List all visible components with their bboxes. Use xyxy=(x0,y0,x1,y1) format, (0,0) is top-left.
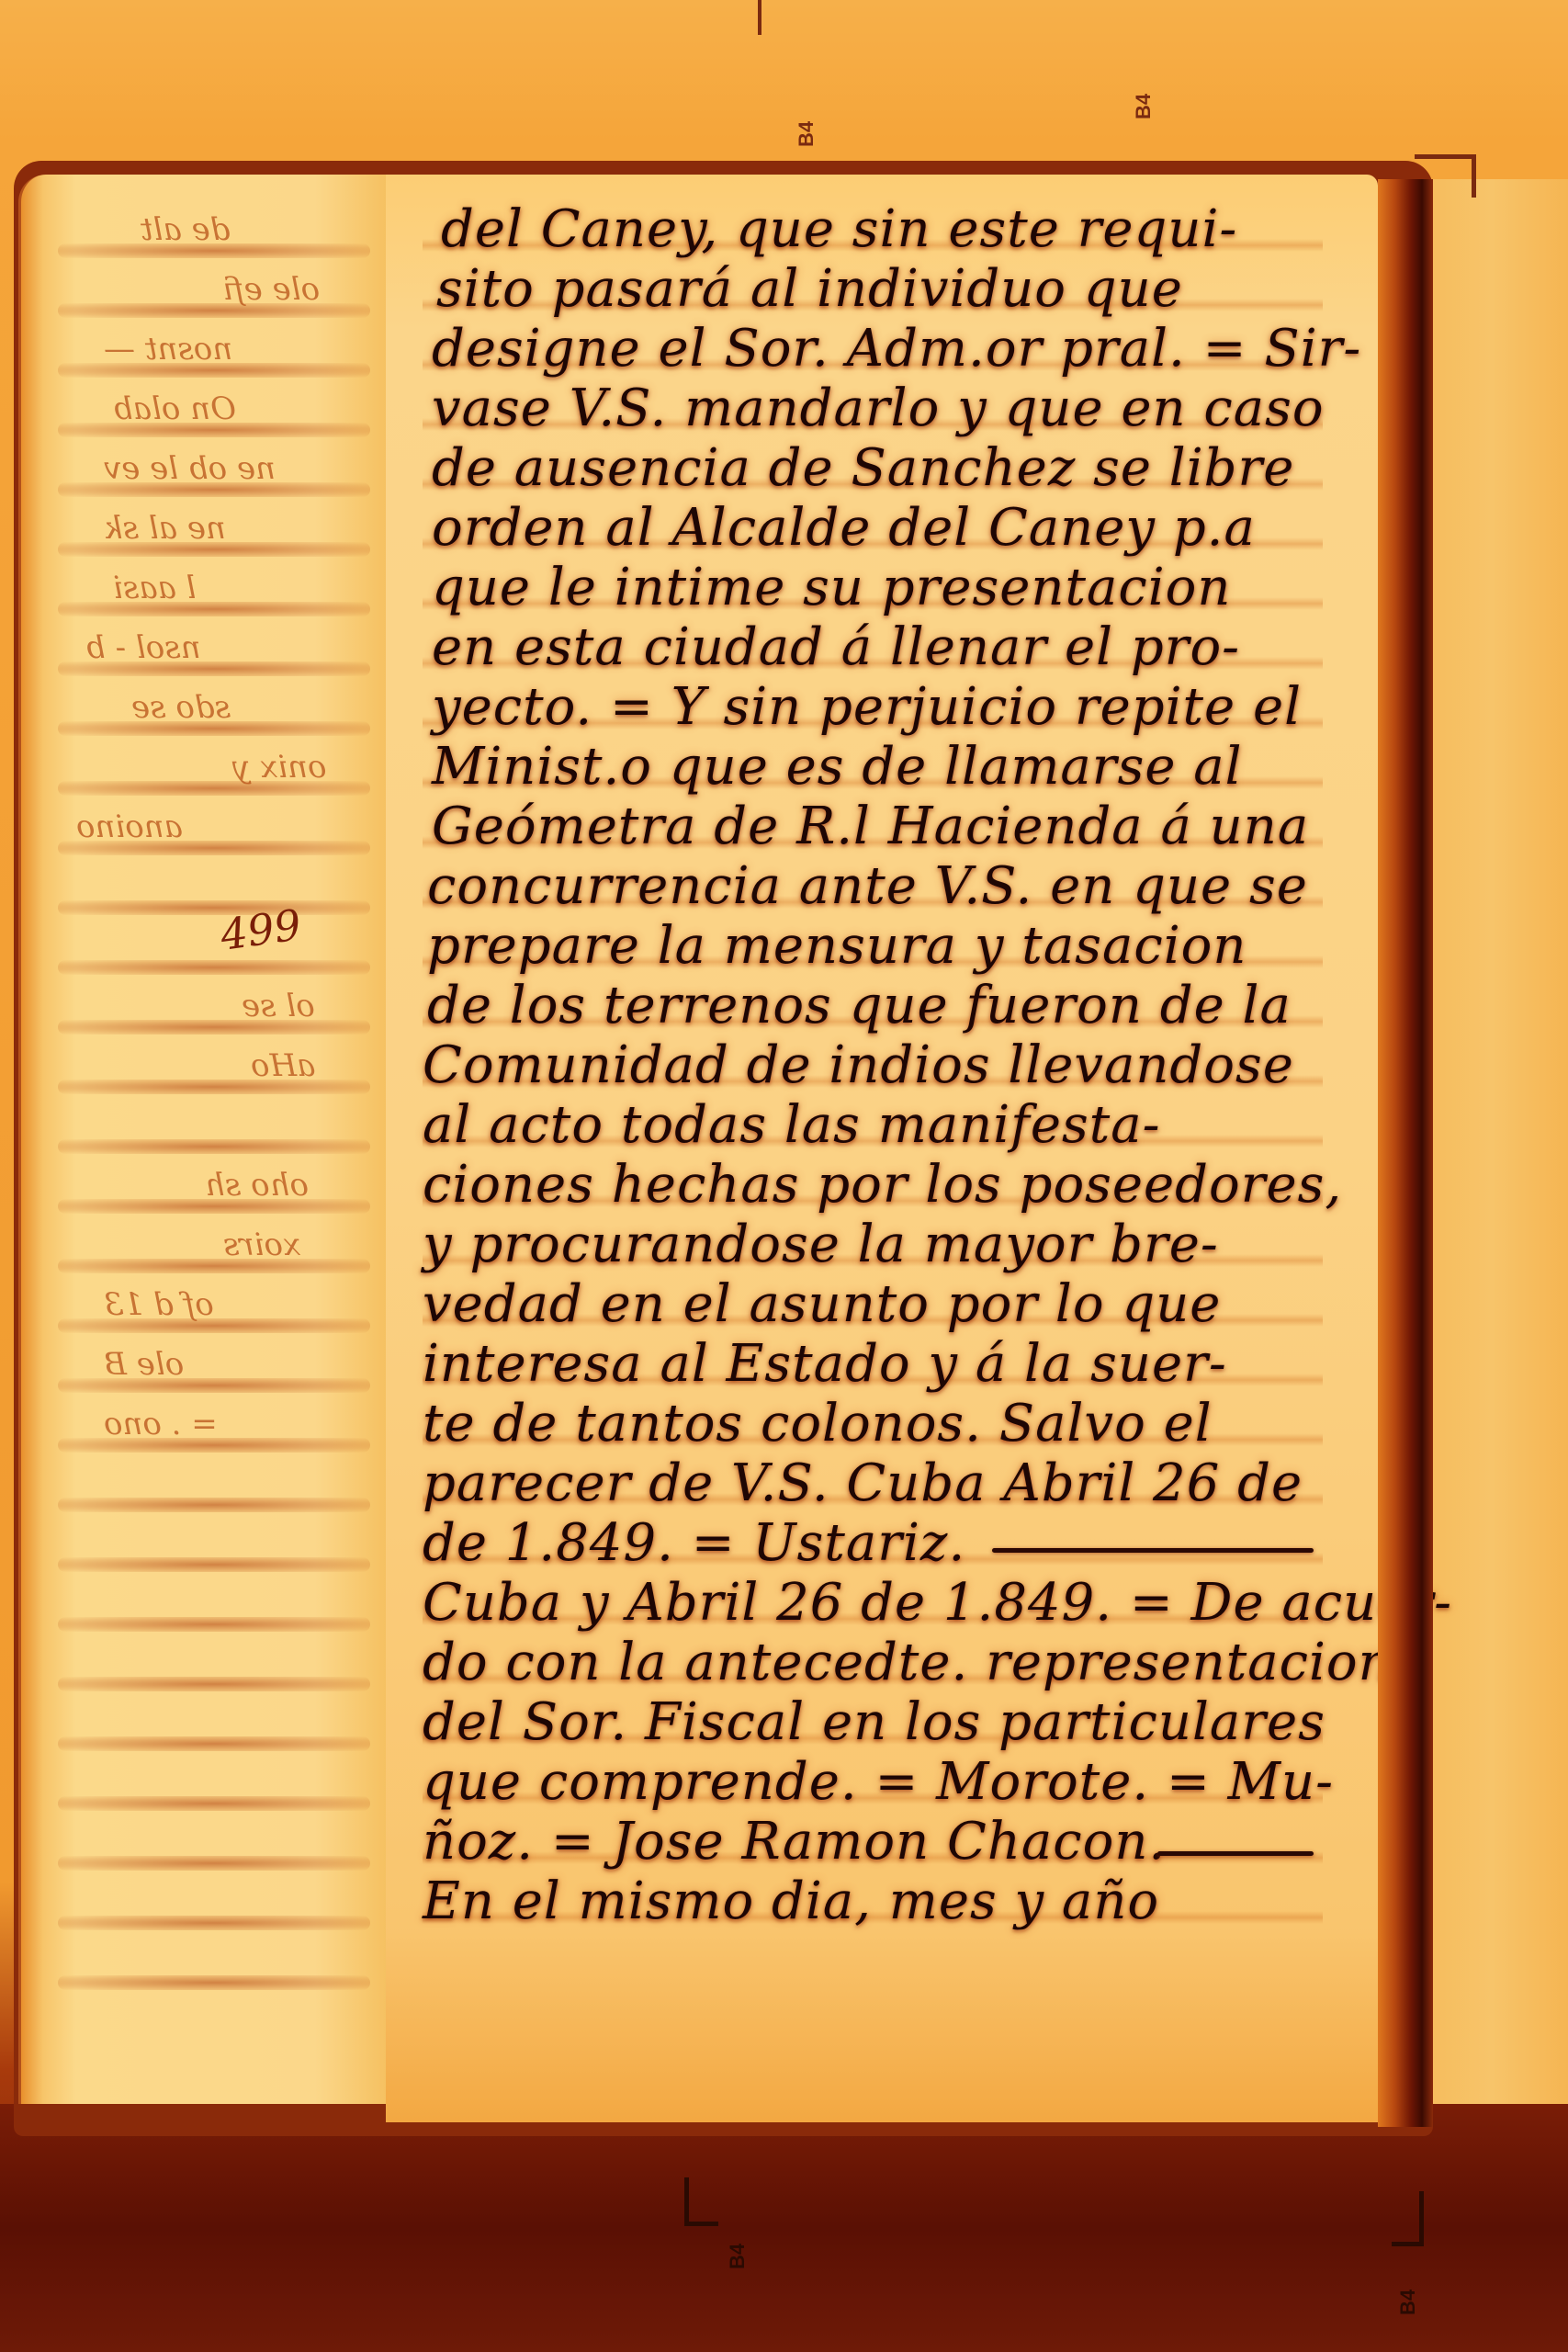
manuscript-line: te de tantos colonos. Salvo el xyxy=(423,1396,1213,1452)
manuscript-line: al acto todas las manifesta- xyxy=(423,1098,1161,1153)
bleed-text: xoirs xyxy=(223,1227,300,1263)
bleed-text: On olab xyxy=(113,390,236,427)
crop-mark-bottom-right-corner xyxy=(1392,2191,1424,2246)
bleed-text: l aasi xyxy=(113,570,197,606)
manuscript-line: interesa al Estado y á la suer- xyxy=(423,1337,1227,1392)
dark-table-surface xyxy=(0,2104,1568,2352)
facing-page: de alt ole efi nosnt — On olab ne ob le … xyxy=(18,175,389,2104)
bleed-text: onix y xyxy=(232,749,326,786)
manuscript-page: del Caney, que sin este requi- sito pasa… xyxy=(386,175,1378,2122)
crop-label-top-left: B4 xyxy=(795,121,818,147)
manuscript-line: Minist.o que es de llamarse al xyxy=(432,740,1243,795)
manuscript-line: orden al Alcalde del Caney p.a xyxy=(432,501,1256,556)
bleed-text: of d 13 xyxy=(104,1286,214,1323)
bleed-text: nsol - b xyxy=(85,629,201,666)
bleed-text: nosnt — xyxy=(104,331,232,367)
manuscript-line: vedad en el asunto por lo que xyxy=(423,1277,1221,1332)
manuscript-line: designe el Sor. Adm.or pral. = Sir- xyxy=(432,322,1361,377)
bleed-text: sdo se xyxy=(131,689,231,726)
manuscript-line: En el mismo dia, mes y año xyxy=(423,1874,1159,1929)
crop-label-bottom-right: B4 xyxy=(1396,2290,1420,2315)
manuscript-line: Cuba y Abril 26 de 1.849. = De acuer- xyxy=(423,1576,1452,1631)
bleed-text: ne ob le ev xyxy=(104,450,276,487)
page-fore-edge xyxy=(1378,179,1433,2127)
manuscript-line: de 1.849. = Ustariz. xyxy=(423,1516,965,1571)
signature-rule xyxy=(992,1548,1314,1553)
crop-mark-top-tick xyxy=(758,0,761,35)
bleed-text: ol se xyxy=(242,988,315,1024)
manuscript-line: yecto. = Y sin perjuicio repite el xyxy=(432,680,1302,735)
bleed-text: = . ono xyxy=(104,1406,218,1442)
manuscript-line: parecer de V.S. Cuba Abril 26 de xyxy=(423,1456,1303,1511)
manuscript-line: que le intime su presentacion xyxy=(432,560,1231,616)
manuscript-line: prepare la mensura y tasacion xyxy=(427,919,1247,974)
crop-label-bottom-left: B4 xyxy=(726,2244,750,2269)
bleed-text: oho sh xyxy=(205,1167,309,1204)
manuscript-line: concurrencia ante V.S. en que se xyxy=(427,859,1308,914)
bleed-text: de alt xyxy=(141,211,231,248)
manuscript-line: de los terrenos que fueron de la xyxy=(427,978,1292,1034)
crop-label-top-right: B4 xyxy=(1132,94,1156,119)
manuscript-line: que comprende. = Morote. = Mu- xyxy=(423,1755,1334,1810)
bleed-text: anoino xyxy=(76,808,183,845)
bleed-text: aHo xyxy=(251,1047,315,1084)
bleed-text: ole B xyxy=(104,1346,184,1383)
bleed-text: ne al sk xyxy=(104,510,226,547)
manuscript-line: ciones hechas por los poseedores, xyxy=(423,1158,1342,1213)
signature-rule xyxy=(1157,1851,1314,1856)
manuscript-line: y procurandose la mayor bre- xyxy=(423,1217,1219,1272)
bound-volume: de alt ole efi nosnt — On olab ne ob le … xyxy=(14,161,1433,2136)
manuscript-line: sito pasará al individuo que xyxy=(436,262,1183,317)
bleed-text: ole efi xyxy=(223,271,320,308)
manuscript-line: del Sor. Fiscal en los particulares xyxy=(423,1695,1325,1750)
manuscript-line: de ausencia de Sanchez se libre xyxy=(432,441,1294,496)
manuscript-line: Geómetra de R.l Hacienda á una xyxy=(432,799,1309,854)
manuscript-line: vase V.S. mandarlo y que en caso xyxy=(432,381,1325,436)
manuscript-line: en esta ciudad á llenar el pro- xyxy=(432,620,1240,675)
manuscript-line: del Caney, que sin este requi- xyxy=(441,202,1237,257)
manuscript-line: Comunidad de indios llevandose xyxy=(423,1038,1294,1093)
crop-mark-bottom-left-corner xyxy=(684,2177,718,2226)
manuscript-line: ñoz. = Jose Ramon Chacon. xyxy=(423,1815,1166,1870)
manuscript-line: do con la antecedte. representacion xyxy=(423,1635,1393,1690)
backing-sheet xyxy=(1415,179,1568,2154)
